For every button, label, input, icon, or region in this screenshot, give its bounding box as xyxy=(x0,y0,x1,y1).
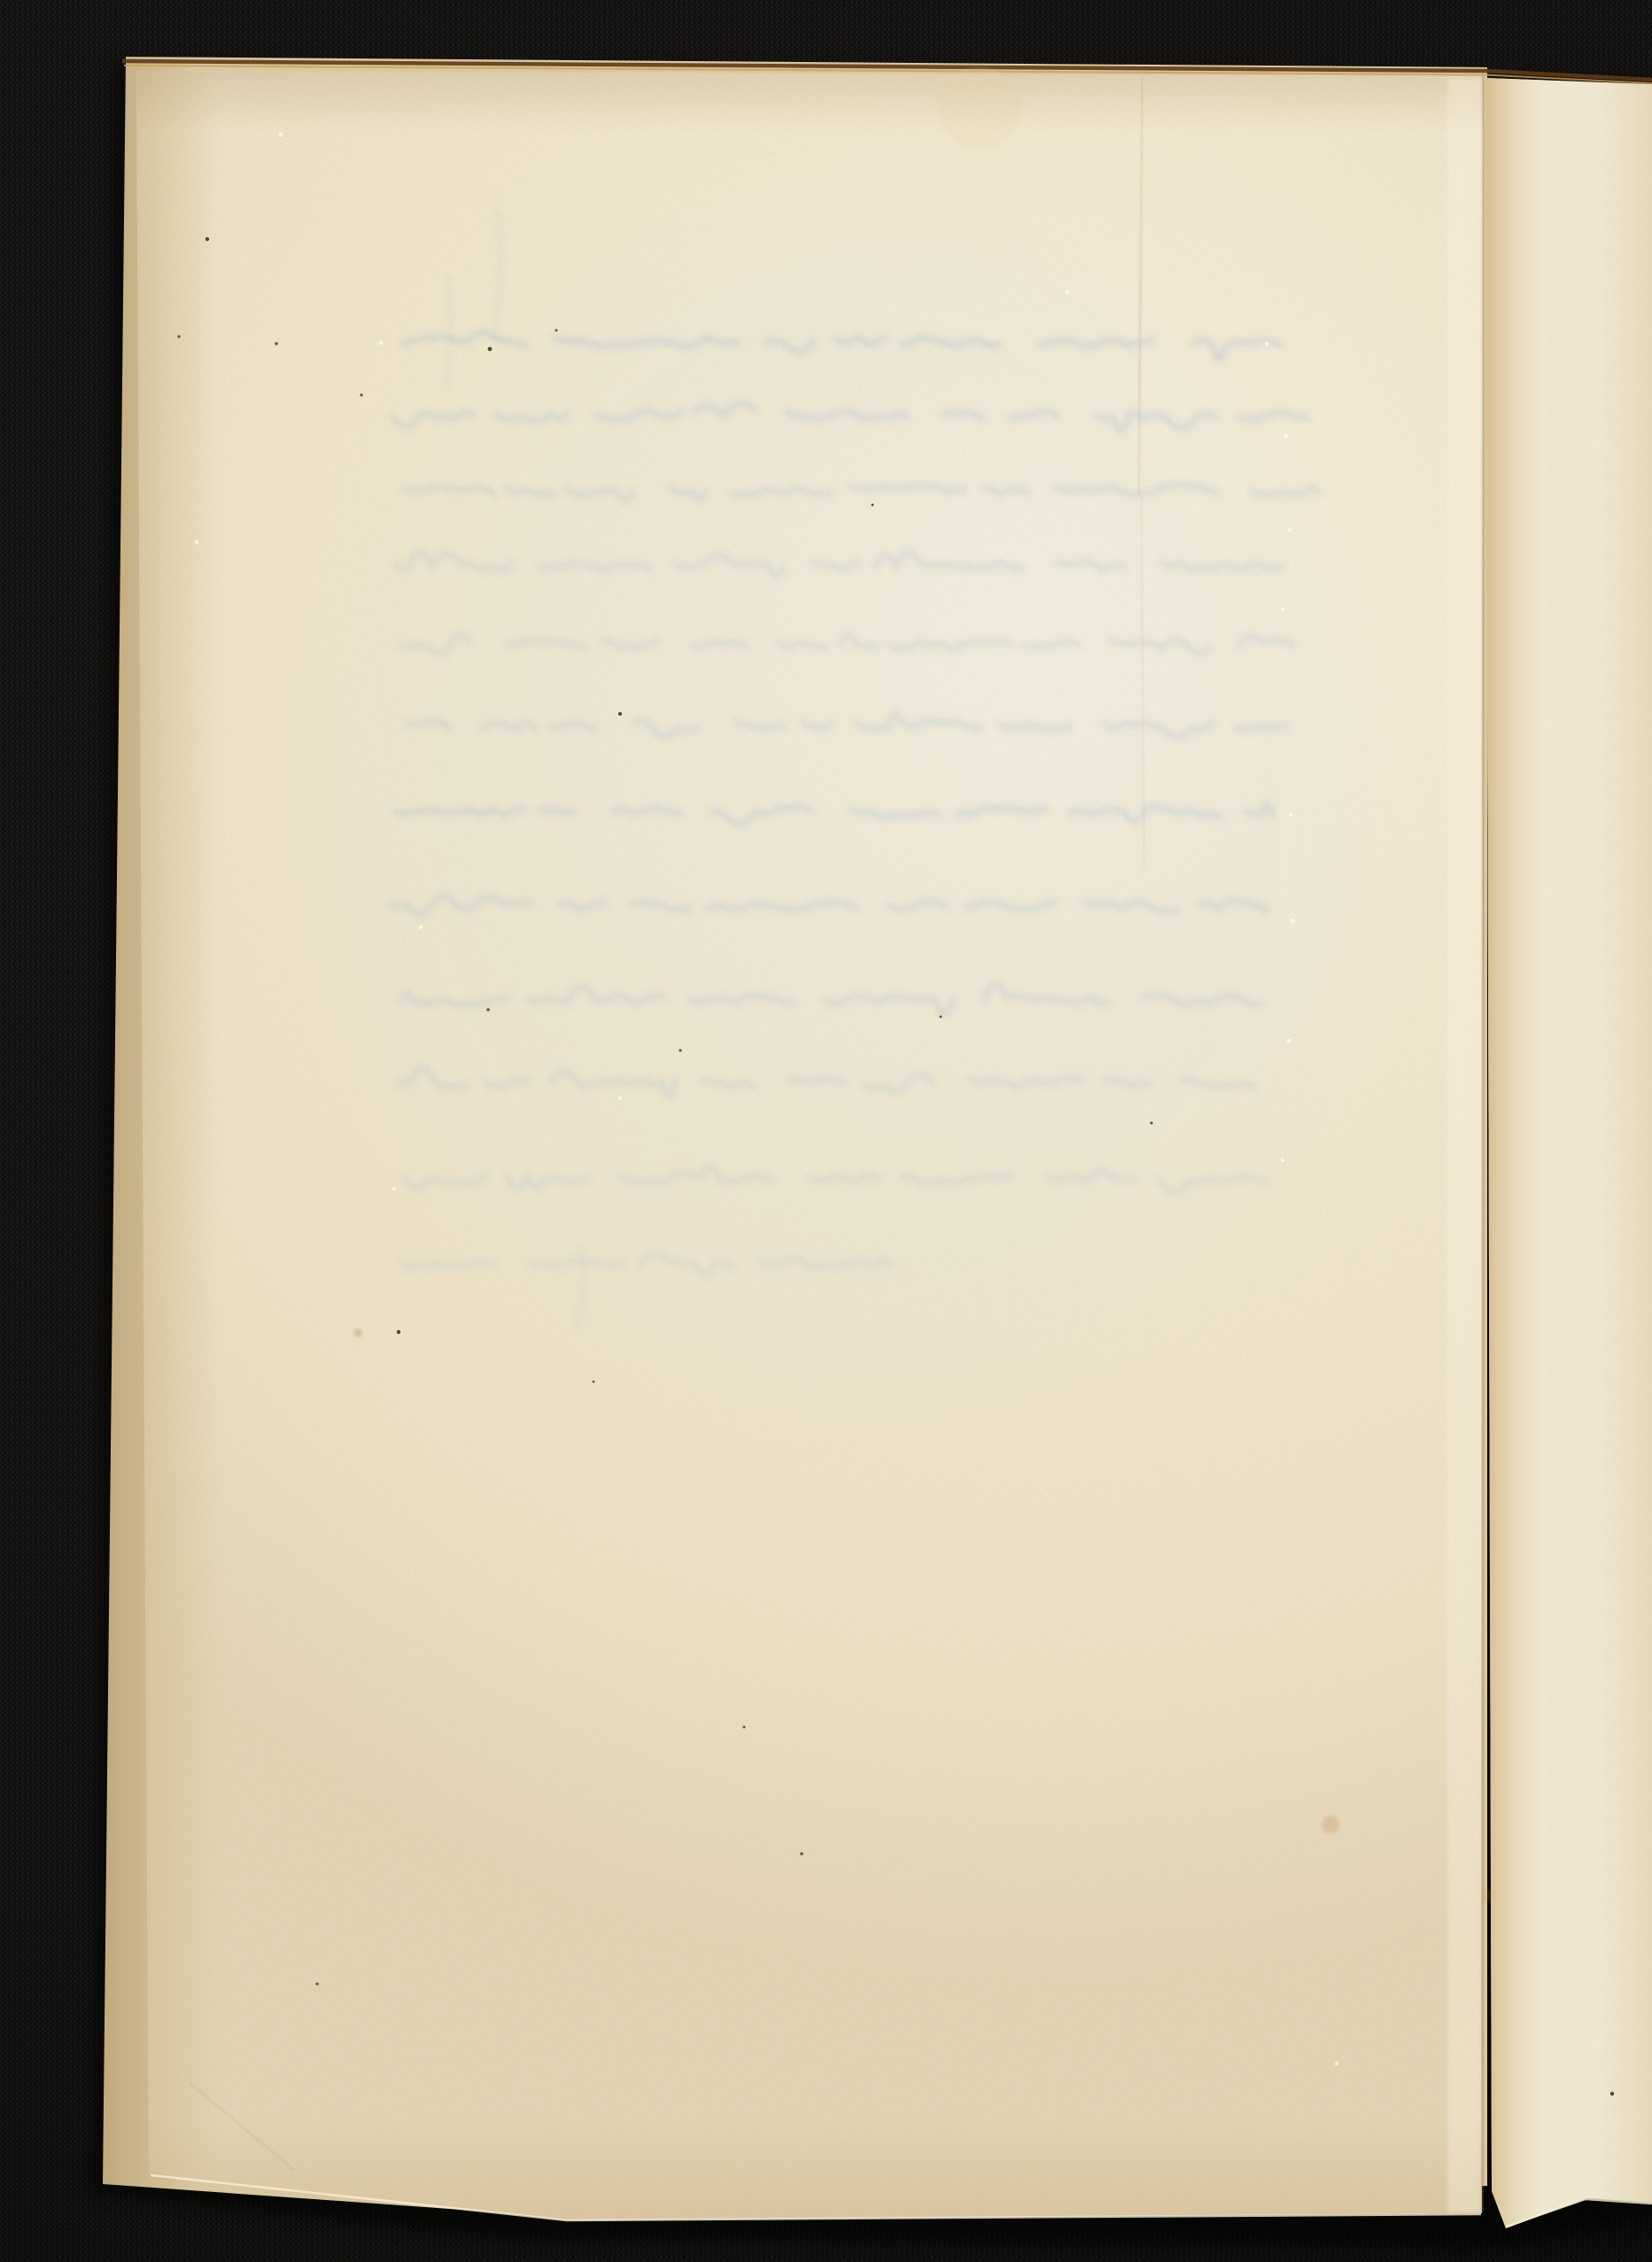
fleck-dark xyxy=(486,1008,490,1011)
gutter-fold-shadow xyxy=(1485,76,1547,2234)
fleck-light xyxy=(618,1096,622,1100)
fleck-dark xyxy=(679,1049,681,1051)
fleck-light xyxy=(1290,918,1294,923)
fleck-light xyxy=(1289,813,1293,817)
fleck-dark xyxy=(177,335,180,337)
paper-stain xyxy=(939,67,1020,149)
fleck-light xyxy=(195,540,198,544)
fleck-dark xyxy=(800,1852,803,1855)
fleck-light xyxy=(1281,1158,1284,1162)
fleck-light xyxy=(1281,608,1284,611)
fleck-light xyxy=(419,926,423,929)
fleck-dark xyxy=(275,342,278,345)
fleck-dark xyxy=(940,1016,942,1019)
fleck-dark xyxy=(593,1381,595,1383)
fleck-dark xyxy=(315,1982,318,1985)
left-page-top-shade xyxy=(133,69,1488,140)
fleck-light xyxy=(379,341,384,345)
fleck-light xyxy=(1284,433,1288,438)
fleck-light xyxy=(1066,290,1069,294)
fleck-dark xyxy=(743,1726,746,1729)
right-page-edge-shade xyxy=(1599,78,1652,2204)
fleck-dark xyxy=(488,347,492,352)
fleck-dark xyxy=(1150,1121,1152,1124)
fleck-dark xyxy=(1610,2092,1614,2095)
fleck-light xyxy=(1335,2062,1338,2065)
fleck-dark xyxy=(206,237,209,241)
fleck-light xyxy=(279,133,283,137)
fleck-dark xyxy=(618,712,622,716)
fleck-dark xyxy=(555,329,558,332)
paper-stain xyxy=(1322,1816,1339,1833)
fleck-light xyxy=(1287,1039,1291,1043)
fleck-dark xyxy=(397,1330,400,1334)
gutter-highlight xyxy=(1447,78,1481,2212)
left-page-edge-shade xyxy=(133,69,230,2181)
paper-stain xyxy=(353,1329,362,1337)
fleck-light xyxy=(1265,342,1269,346)
paper-stain xyxy=(1482,1889,1494,1902)
fleck-dark xyxy=(360,393,362,396)
manuscript-scan xyxy=(0,0,1652,2262)
fleck-light xyxy=(392,1187,396,1190)
scan-svg xyxy=(0,0,1652,2262)
bleedthrough-tint xyxy=(332,217,1377,1386)
fleck-dark xyxy=(872,504,874,507)
fleck-light xyxy=(1288,528,1292,532)
